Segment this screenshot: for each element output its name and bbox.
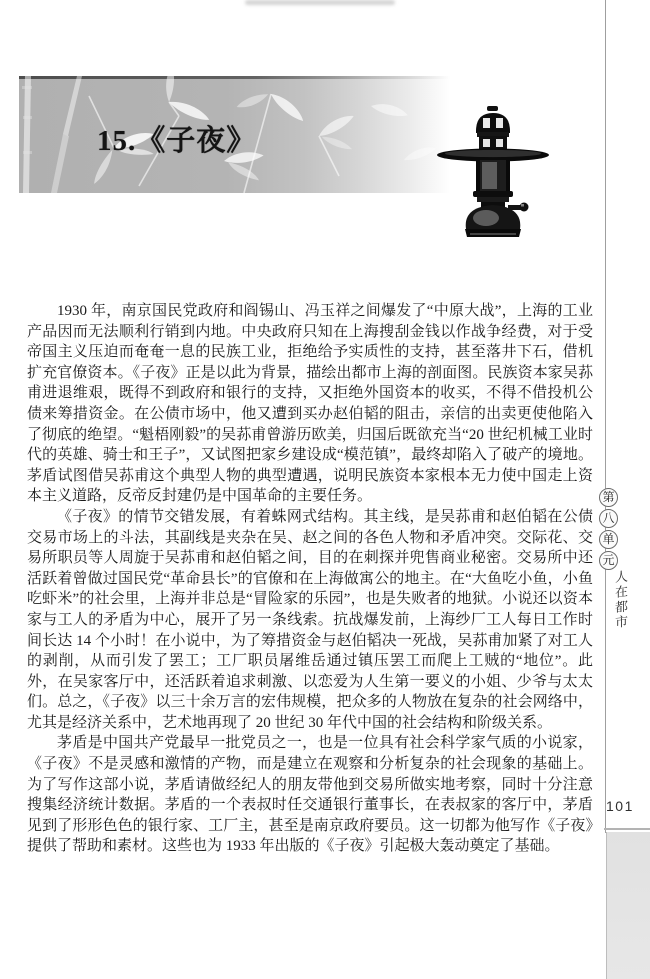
unit-subtitle: 人在都市 <box>611 569 630 635</box>
unit-label-char-3: 单 <box>599 530 618 549</box>
paragraph-2: 《子夜》的情节交错发展，有着蛛网式结构。其主线，是吴荪甫和赵伯韬在公债交易市场上… <box>27 507 593 734</box>
sidebar-divider-line <box>605 0 606 833</box>
page-edge-shading <box>606 832 650 979</box>
lesson-banner: 15.《子夜》 <box>19 76 450 193</box>
paragraph-3: 茅盾是中国共产党最早一批党员之一，也是一位具有社会科学家气质的小说家，《子夜》不… <box>27 733 593 857</box>
footer-rule <box>604 828 650 830</box>
unit-label-char-1: 第 <box>599 488 618 507</box>
textbook-page: 15.《子夜》 <box>0 0 650 979</box>
unit-label-char-4: 元 <box>599 551 618 570</box>
paragraph-1: 1930 年，南京国民党政府和阎锡山、冯玉祥之间爆发了“中原大战”，上海的工业产… <box>27 301 593 507</box>
scan-artifact <box>245 0 395 5</box>
unit-label-char-2: 八 <box>599 509 618 528</box>
lesson-title: 15.《子夜》 <box>97 118 256 159</box>
lesson-body-text: 1930 年，南京国民党政府和阎锡山、冯玉祥之间爆发了“中原大战”，上海的工业产… <box>27 301 593 857</box>
unit-label: 第 八 单 元 <box>599 488 619 572</box>
page-number: 101 <box>606 798 646 814</box>
kerosene-lamp-image <box>436 105 550 238</box>
